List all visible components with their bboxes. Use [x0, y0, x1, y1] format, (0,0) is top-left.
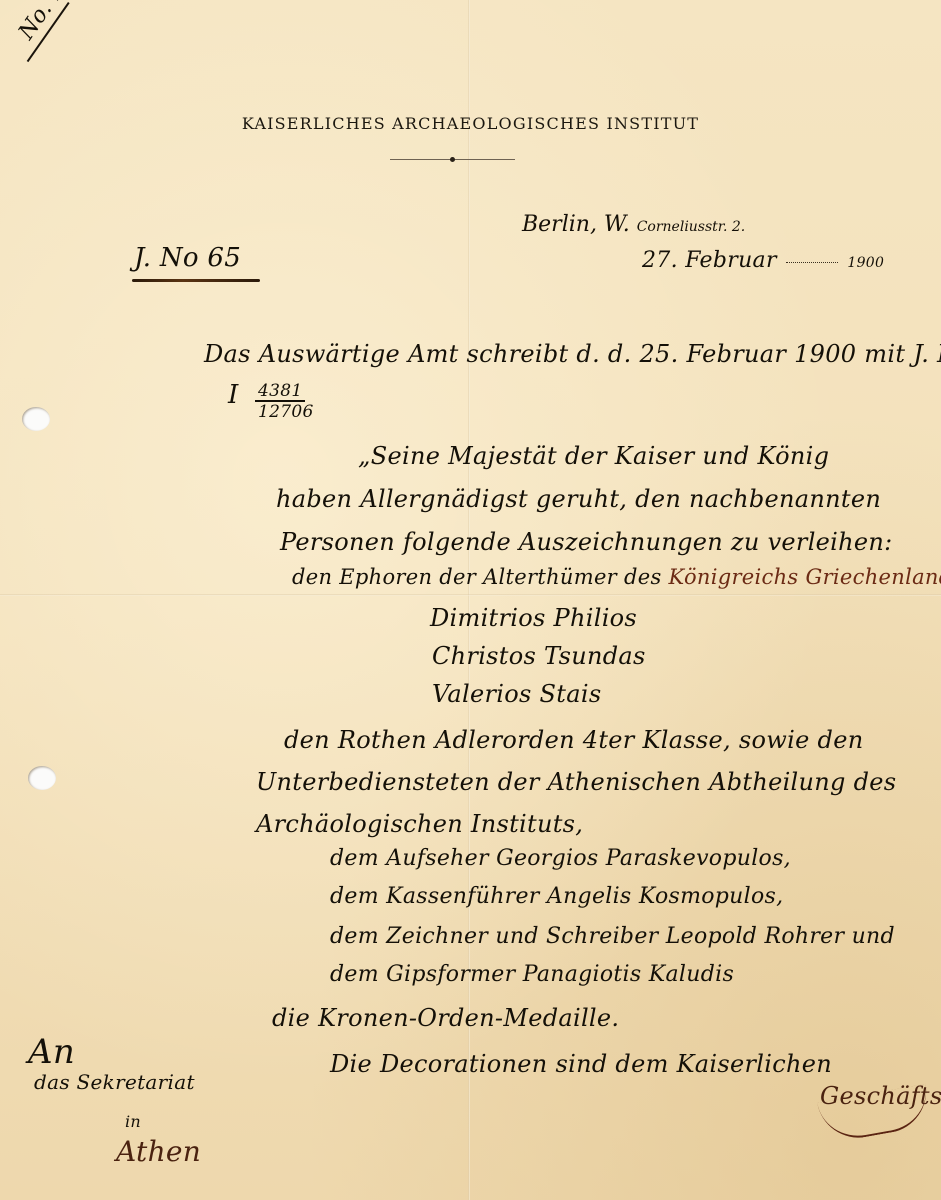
- reference-denominator: 12706: [258, 402, 314, 422]
- letterhead-street: Corneliusstr. 2.: [637, 219, 746, 235]
- body-line-9: die Kronen-Orden-Medaille.: [272, 1004, 619, 1032]
- date-dotted-leader: [786, 262, 838, 263]
- body-line-1: Das Auswärtige Amt schreibt d. d. 25. Fe…: [204, 340, 941, 368]
- body-line-5-end: Königreichs Griechenland:: [669, 565, 941, 589]
- letterhead-address: Berlin, W. Corneliusstr. 2.: [522, 212, 745, 237]
- letter-date: 27. Februar 1900: [642, 248, 884, 273]
- address-line-2: das Sekretariat: [34, 1070, 195, 1094]
- punch-hole-bottom: [28, 766, 56, 790]
- staff-name-3: dem Zeichner und Schreiber Leopold Rohre…: [330, 924, 895, 949]
- address-line-4: Athen: [116, 1135, 201, 1168]
- date-month: Februar: [685, 248, 777, 273]
- punch-hole-top: [22, 407, 50, 431]
- date-year: 1900: [847, 255, 884, 271]
- address-line-1: An: [28, 1032, 75, 1072]
- body-line-7: Unterbediensteten der Athenischen Abthei…: [256, 768, 896, 796]
- body-line-10: Die Decorationen sind dem Kaiserlichen: [330, 1050, 832, 1078]
- body-line-5-start: den Ephoren der Alterthümer des: [292, 565, 669, 589]
- corner-number: No. 18: [14, 0, 78, 44]
- ephor-name-2: Christos Tsundas: [432, 642, 646, 670]
- body-line-8: Archäologischen Instituts,: [256, 810, 583, 838]
- staff-name-2: dem Kassenführer Angelis Kosmopulos,: [330, 884, 783, 909]
- letterhead-place: Berlin, W.: [522, 212, 630, 237]
- reference-numerator: 4381: [258, 381, 302, 401]
- ephor-name-1: Dimitrios Philios: [430, 604, 637, 632]
- reference-roman: I: [228, 380, 239, 410]
- horizontal-fold-line: [0, 594, 941, 596]
- letter-page: No. 18 KAISERLICHES ARCHAEOLOGISCHES INS…: [0, 0, 941, 1200]
- letterhead-ornament-dot: [450, 157, 455, 162]
- letterhead-title: KAISERLICHES ARCHAEOLOGISCHES INSTITUT: [0, 114, 941, 133]
- body-line-6: den Rothen Adlerorden 4ter Klasse, sowie…: [284, 726, 863, 754]
- journal-number: J. No 65: [134, 243, 241, 273]
- body-line-3: haben Allergnädigst geruht, den nachbena…: [276, 485, 881, 513]
- body-line-2: „Seine Majestät der Kaiser und König: [358, 442, 829, 470]
- staff-name-4: dem Gipsformer Panagiotis Kaludis: [330, 962, 734, 987]
- journal-number-underline: [132, 279, 260, 282]
- ephor-name-3: Valerios Stais: [432, 680, 601, 708]
- body-line-5: den Ephoren der Alterthümer des Königrei…: [292, 565, 941, 589]
- body-line-4: Personen folgende Auszeichnungen zu verl…: [280, 528, 893, 556]
- address-line-3: in: [125, 1112, 141, 1131]
- date-day: 27.: [642, 248, 678, 273]
- staff-name-1: dem Aufseher Georgios Paraskevopulos,: [330, 846, 791, 871]
